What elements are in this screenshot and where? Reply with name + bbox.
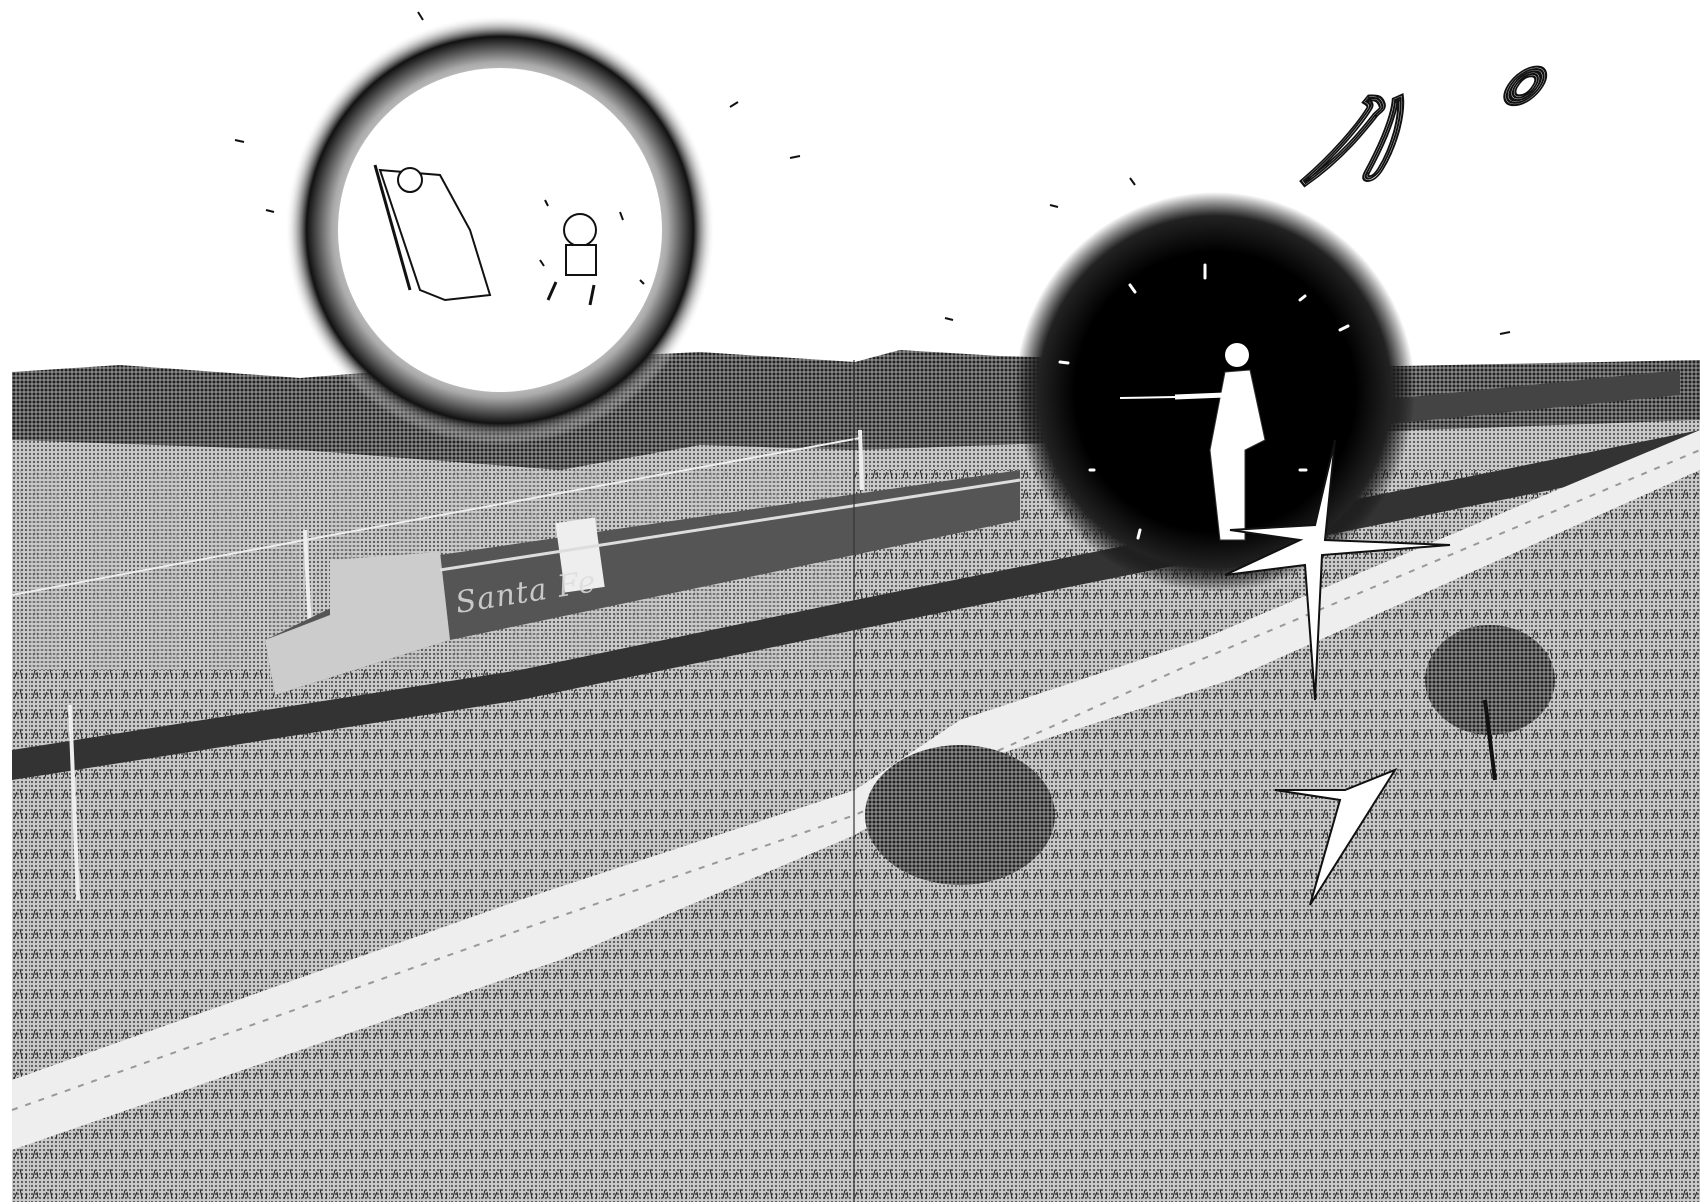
bright-burst-circle <box>285 15 715 445</box>
manga-spread: Santa Fe ﾊ ﾟ <box>0 0 1700 1202</box>
dark-burst-circle <box>1015 192 1415 592</box>
page-gutter <box>853 360 855 1202</box>
